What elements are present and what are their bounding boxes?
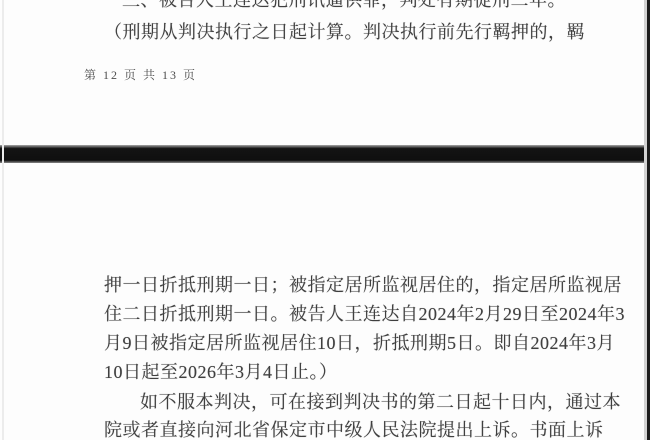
page-number-footer: 第 12 页 共 13 页: [84, 66, 197, 83]
appeal-rights-line: 如不服本判决，可在接到判决书的第二日起十日内，通过本: [140, 391, 621, 413]
term-calculation-line: （刑期从判决执行之日起计算。判决执行前先行羁押的，羁: [104, 21, 585, 43]
page-13: 押一日折抵刑期一日；被指定居所监视居住的，指定居所监视居 住二日折抵刑期一日。被…: [0, 163, 650, 440]
scanned-judgment-document: 三、被告人王连达犯刑讯逼供罪，判处有期徒刑二年。 （刑期从判决执行之日起计算。判…: [0, 0, 650, 440]
judgment-sentence-line: 三、被告人王连达犯刑讯逼供罪，判处有期徒刑二年。: [122, 0, 566, 11]
detention-credit-line: 押一日折抵刑期一日；被指定居所监视居住的，指定居所监视居: [104, 274, 622, 296]
scan-edge-left: [2, 0, 4, 440]
residential-surveillance-line: 住二日折抵刑期一日。被告人王连达自2024年2月29日至2024年3: [104, 303, 625, 325]
page-12: 三、被告人王连达犯刑讯逼供罪，判处有期徒刑二年。 （刑期从判决执行之日起计算。判…: [0, 0, 650, 146]
appeal-court-line: 院或者直接向河北省保定市中级人民法院提出上诉。书面上诉: [104, 419, 604, 440]
term-end-date-line: 10日起至2026年3月4日止。）: [104, 361, 338, 383]
page-break-bar: [0, 145, 650, 164]
surveillance-credit-line: 月9日被指定居所监视居住10日，折抵刑期5日。即自2024年3月: [104, 332, 615, 354]
